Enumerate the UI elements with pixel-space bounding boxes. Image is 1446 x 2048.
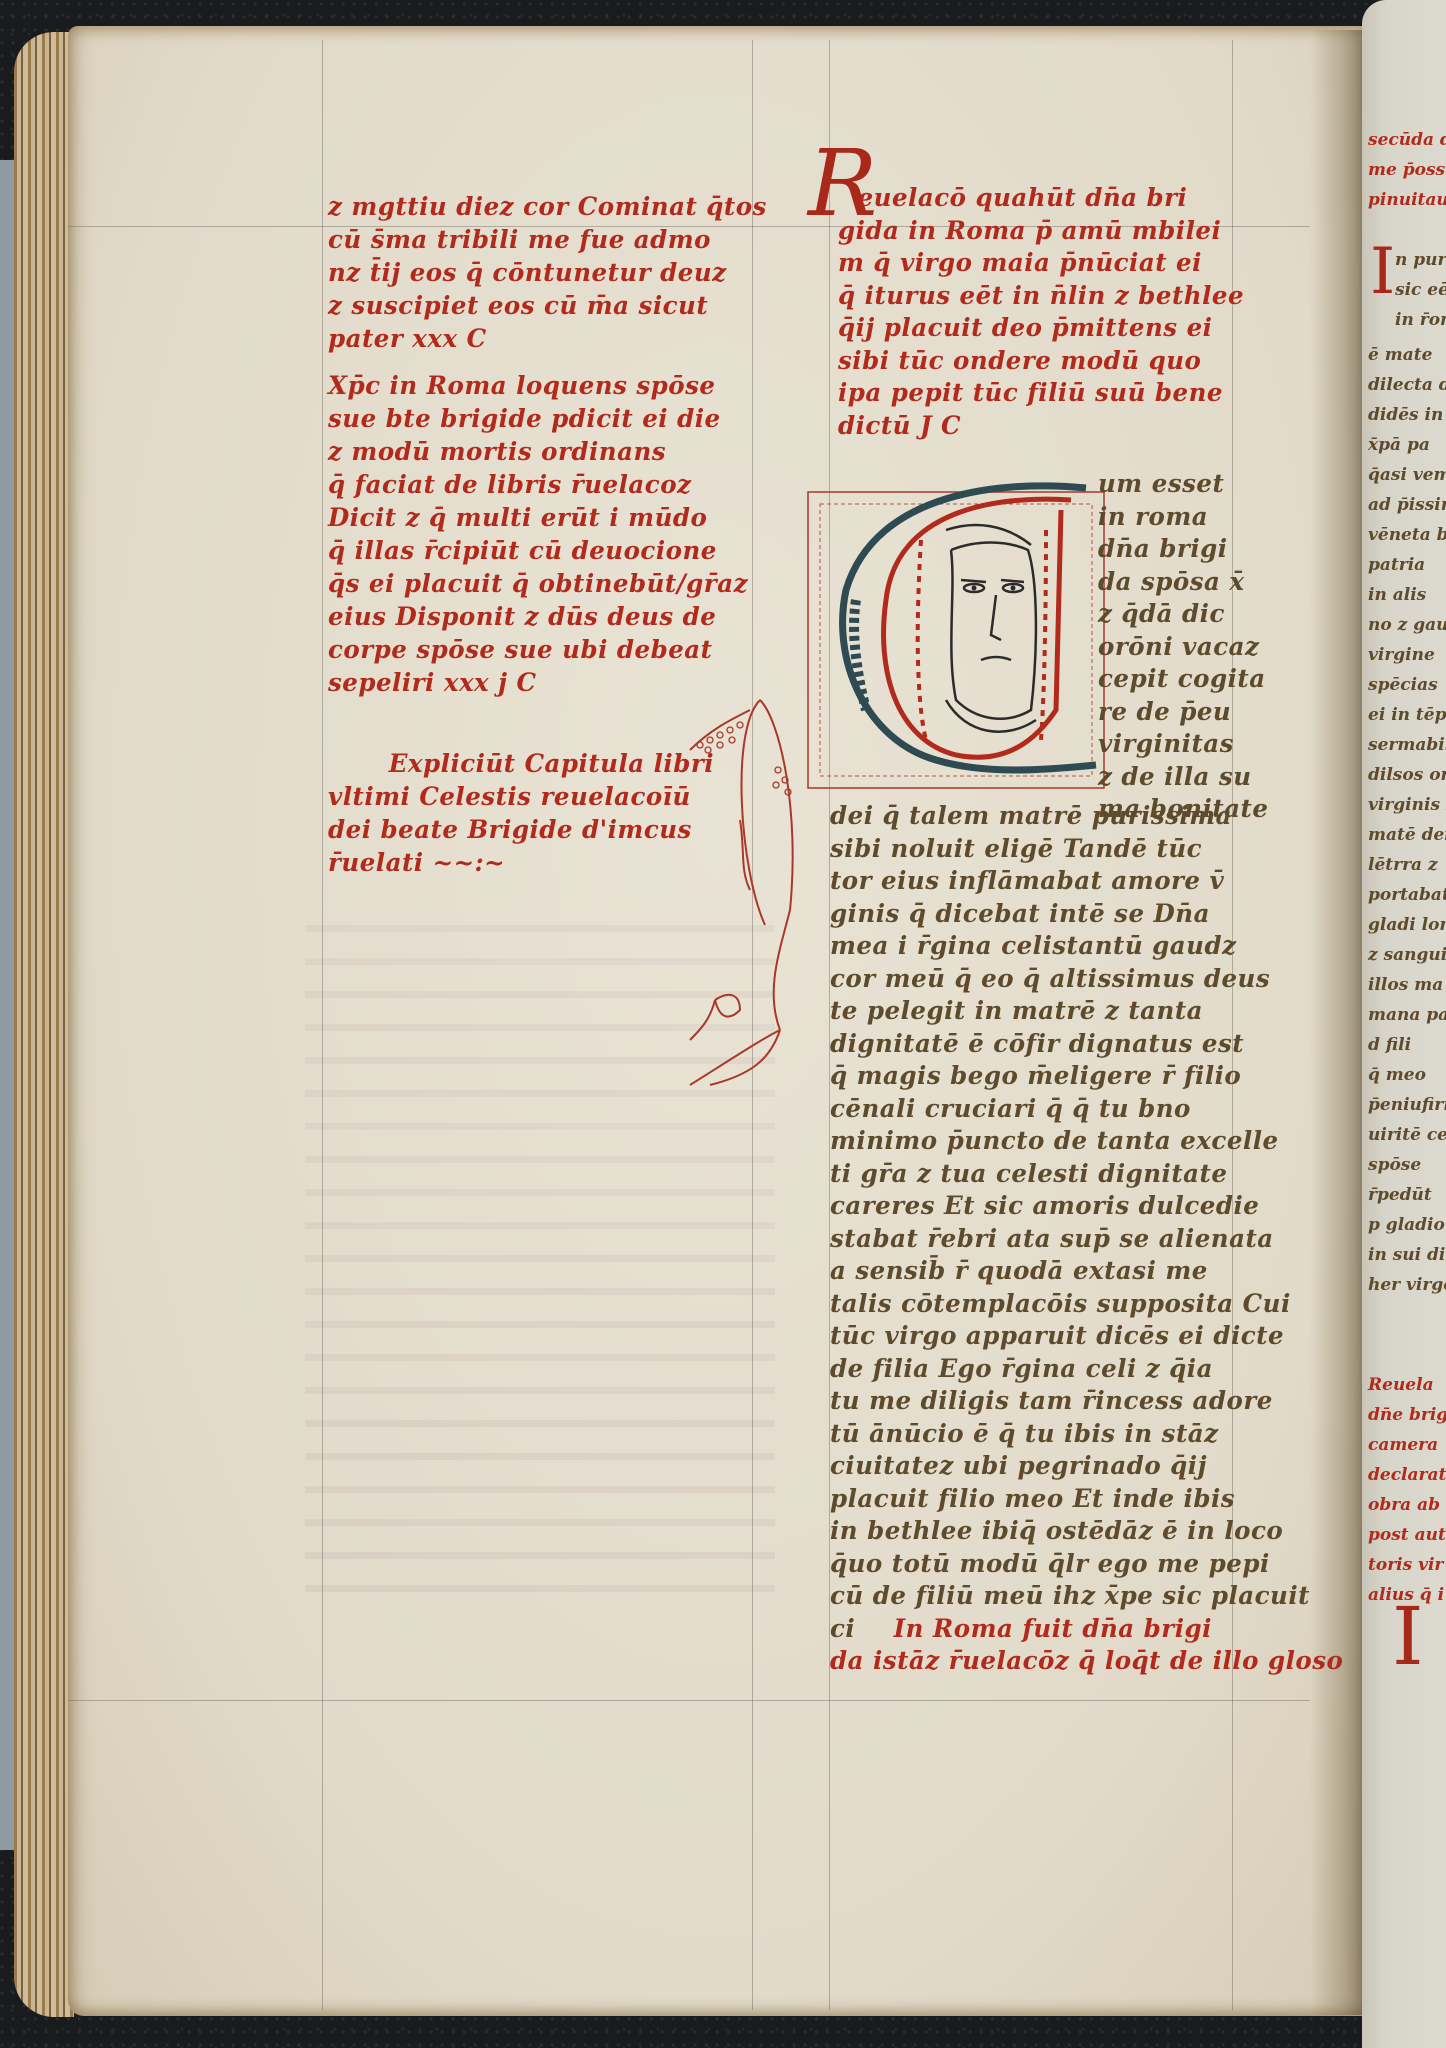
text-line: virginis z [1368,790,1446,820]
text-line: ē mate [1368,340,1446,370]
text-line: lētrra z [1368,850,1446,880]
text-line: q̄ iturus eēt in n̄lin z bethlee [838,280,1244,313]
text-line: de filia Ego r̄gina celi z q̄ia [830,1353,1343,1386]
text-line: her virgo [1368,1270,1446,1300]
text-line: spōse [1368,1150,1446,1180]
text-line: z de illa su [1098,761,1268,794]
text-line: corpe spōse sue ubi debeat [328,633,767,666]
paragraph-rubric-2: Xp̄c in Roma loquens spōse sue bte brigi… [328,369,776,699]
text-line: dilecta dn̄a [1368,370,1446,400]
text-line: a sensib̄ r̄ quodā extasi me [830,1255,1343,1288]
text-line: q̄ magis bego m̄eligere r̄ filio [830,1060,1343,1093]
text-line: cor meū q̄ eo q̄ altissimus deus [830,963,1343,996]
text-line: euelacō quahūt dn̄a bri [838,182,1244,215]
text-line: pinuitauit in [1368,185,1446,215]
text-line: p̄eniufirm [1368,1090,1446,1120]
text-line: obra ab [1368,1490,1446,1520]
text-line: post aut [1368,1520,1446,1550]
text-line: z modū mortis ordinans [328,435,767,468]
text-line: matē dei [1368,820,1446,850]
text-line: gladi lon [1368,910,1446,940]
text-line: careres Et sic amoris dulcedie [830,1190,1343,1223]
text-line: me p̄ossimus [1368,155,1446,185]
text-line: Xp̄c in Roma loquens spōse [328,369,767,402]
text-line: r̄pedūt [1368,1180,1446,1210]
text-line: in roma [1098,501,1268,534]
text-line: dei q̄ talem matrē purissima [830,800,1343,833]
text-line: ginis q̄ dicebat intē se Dn̄a [830,898,1343,931]
text-line: no z gaud [1368,610,1446,640]
text-line: portabat [1368,880,1446,910]
text-line: gida in Roma p̄ amū mbilei [838,215,1244,248]
text-line: da spōsa x̄ [1098,566,1268,599]
text-line: nz t̄ij eos q̄ cōntunetur deuz [328,256,767,289]
text-line: z q̄dā dic [1098,598,1268,631]
facing-page-second-rubric: Reuela dn̄e brigi camera declaratio obra… [1368,1370,1446,1610]
veiled-woman-face-icon [806,470,1106,790]
text-line: camera [1368,1430,1446,1460]
text-line: declaratio [1368,1460,1446,1490]
text-line: dn̄a brigi [1098,533,1268,566]
text-line: cepit cogita [1098,663,1268,696]
text-line: ad p̄issimū [1368,490,1446,520]
text-line: dilsos ord [1368,760,1446,790]
text-line: illos ma [1368,970,1446,1000]
page-fore-edge [14,32,74,2017]
text-line: sibi tūc ondere modū quo [838,345,1244,378]
text-line: cū de filiū meū ihz x̄pe sic placuit [830,1580,1343,1613]
text-line: q̄ faciat de libris r̄uelacoz [328,468,767,501]
right-column-rubric-heading: euelacō quahūt dn̄a bri gida in Roma p̄ … [838,182,1252,442]
historiated-initial-c [806,470,1106,790]
closing-rubric-start: In Roma fuit dn̄a brigi [864,1614,1212,1643]
text-line: talis cōtemplacōis supposita Cui [830,1288,1343,1321]
text-line: z suscipiet eos cū m̄a sicut [328,289,767,322]
text-line: orōni vacaz [1098,631,1268,664]
text-line: z sangui [1368,940,1446,970]
text-line: q̄asi vemi [1368,460,1446,490]
text-line: um esset [1098,468,1268,501]
text-line: in alis [1368,580,1446,610]
text-line: ciuitatez ubi pegrinado q̄ij [830,1450,1343,1483]
facing-page-body-cont: ē mate dilecta dn̄a didēs in celo x̄pā p… [1368,340,1446,1300]
text-line: vēneta bā [1368,520,1446,550]
text-line: sue bte brigide pdicit ei die [328,402,767,435]
text-line: x̄pā pa [1368,430,1446,460]
facing-page-initial-i-2: I [1392,1590,1424,1683]
text-line: sibi noluit eligē Tandē tūc [830,833,1343,866]
text-line: in sui dil [1368,1240,1446,1270]
text-line: q̄s ei placuit q̄ obtinebūt/gr̄az [328,567,767,600]
text-line: dictū J C [838,410,1244,443]
text-line: stabat r̄ebri ata sup̄ se alienata [830,1223,1343,1256]
facing-page-initial-i: I [1370,235,1395,309]
text-line: in r̄oma [1395,305,1446,335]
text-line: tu me diligis tam r̄incess adore [830,1385,1343,1418]
text-line: cēnali cruciari q̄ q̄ tu bno [830,1093,1343,1126]
text-line: re de p̄eu [1098,696,1268,729]
right-column-body: dei q̄ talem matrē purissima sibi noluit… [830,800,1354,1678]
text-line: eius Disponit z dūs deus de [328,600,767,633]
text-line: sic eēt [1395,275,1446,305]
text-line: secūda dolore q̄ c [1368,125,1446,155]
ruling-line [68,1700,1310,1701]
text-line: cū s̄ma tribili me fue admo [328,223,767,256]
text-line: tūc virgo apparuit dicēs ei dicte [830,1320,1343,1353]
text-line: ci In Roma fuit dn̄a brigi [830,1613,1343,1646]
text-line: te pelegit in matrē z tanta [830,995,1343,1028]
text-line: didēs in celo [1368,400,1446,430]
text-line: dn̄e brigi [1368,1400,1446,1430]
text-line: q̄ meo [1368,1060,1446,1090]
text-line: Reuela [1368,1370,1446,1400]
text-line: sermabiles [1368,730,1446,760]
text-line: n pura [1395,245,1446,275]
text-line: p gladio [1368,1210,1446,1240]
text-line: mana pa [1368,1000,1446,1030]
text-line: ipa pepit tūc filiū suū bene [838,377,1244,410]
text-fragment: ci [830,1614,855,1643]
text-line: placuit filio meo Et inde ibis [830,1483,1343,1516]
text-line: d fili [1368,1030,1446,1060]
text-line: tor eius inflāmabat amore v̄ [830,865,1343,898]
text-line: q̄ illas r̄cipiūt cū deuocione [328,534,767,567]
text-line: Dicit z q̄ multi erūt i mūdo [328,501,767,534]
closing-rubric-line: da istāz r̄uelacōz q̄ loq̄t de illo glos… [830,1645,1343,1678]
text-line: q̄ij placuit deo p̄mittens ei [838,312,1244,345]
text-line: pater xxx C [328,322,767,355]
facing-page-body: n pura sic eēt in r̄oma [1395,245,1446,335]
text-line: minimo p̄uncto de tanta excelle [830,1125,1343,1158]
text-line: toris vir [1368,1550,1446,1580]
text-line: uiritē cel [1368,1120,1446,1150]
text-line: in bethlee ibiq̄ ostēdāz ē in loco [830,1515,1343,1548]
text-line: patria [1368,550,1446,580]
paragraph-rubric-1: z mgttiu diez cor Cominat q̄tos cū s̄ma … [328,190,776,355]
text-line: virginitas [1098,728,1268,761]
text-line: ei in tēplo [1368,700,1446,730]
text-line: tū ānūcio ē q̄ tu ibis in stāz [830,1418,1343,1451]
text-line: spēcias [1368,670,1446,700]
facing-page-rubric: secūda dolore q̄ c me p̄ossimus pinuitau… [1368,125,1446,215]
text-line: dignitatē ē cōfir dignatus est [830,1028,1343,1061]
text-line: q̄uo totū modū q̄lr ego me pepi [830,1548,1343,1581]
text-line: m q̄ virgo maia p̄nūciat ei [838,247,1244,280]
text-line: virgine [1368,640,1446,670]
text-line: mea i r̄gina celistantū gaudz [830,930,1343,963]
text-line: z mgttiu diez cor Cominat q̄tos [328,190,767,223]
text-beside-initial: um esset in roma dn̄a brigi da spōsa x̄ … [1098,468,1272,826]
text-line: ti gr̄a z tua celesti dignitate [830,1158,1343,1191]
